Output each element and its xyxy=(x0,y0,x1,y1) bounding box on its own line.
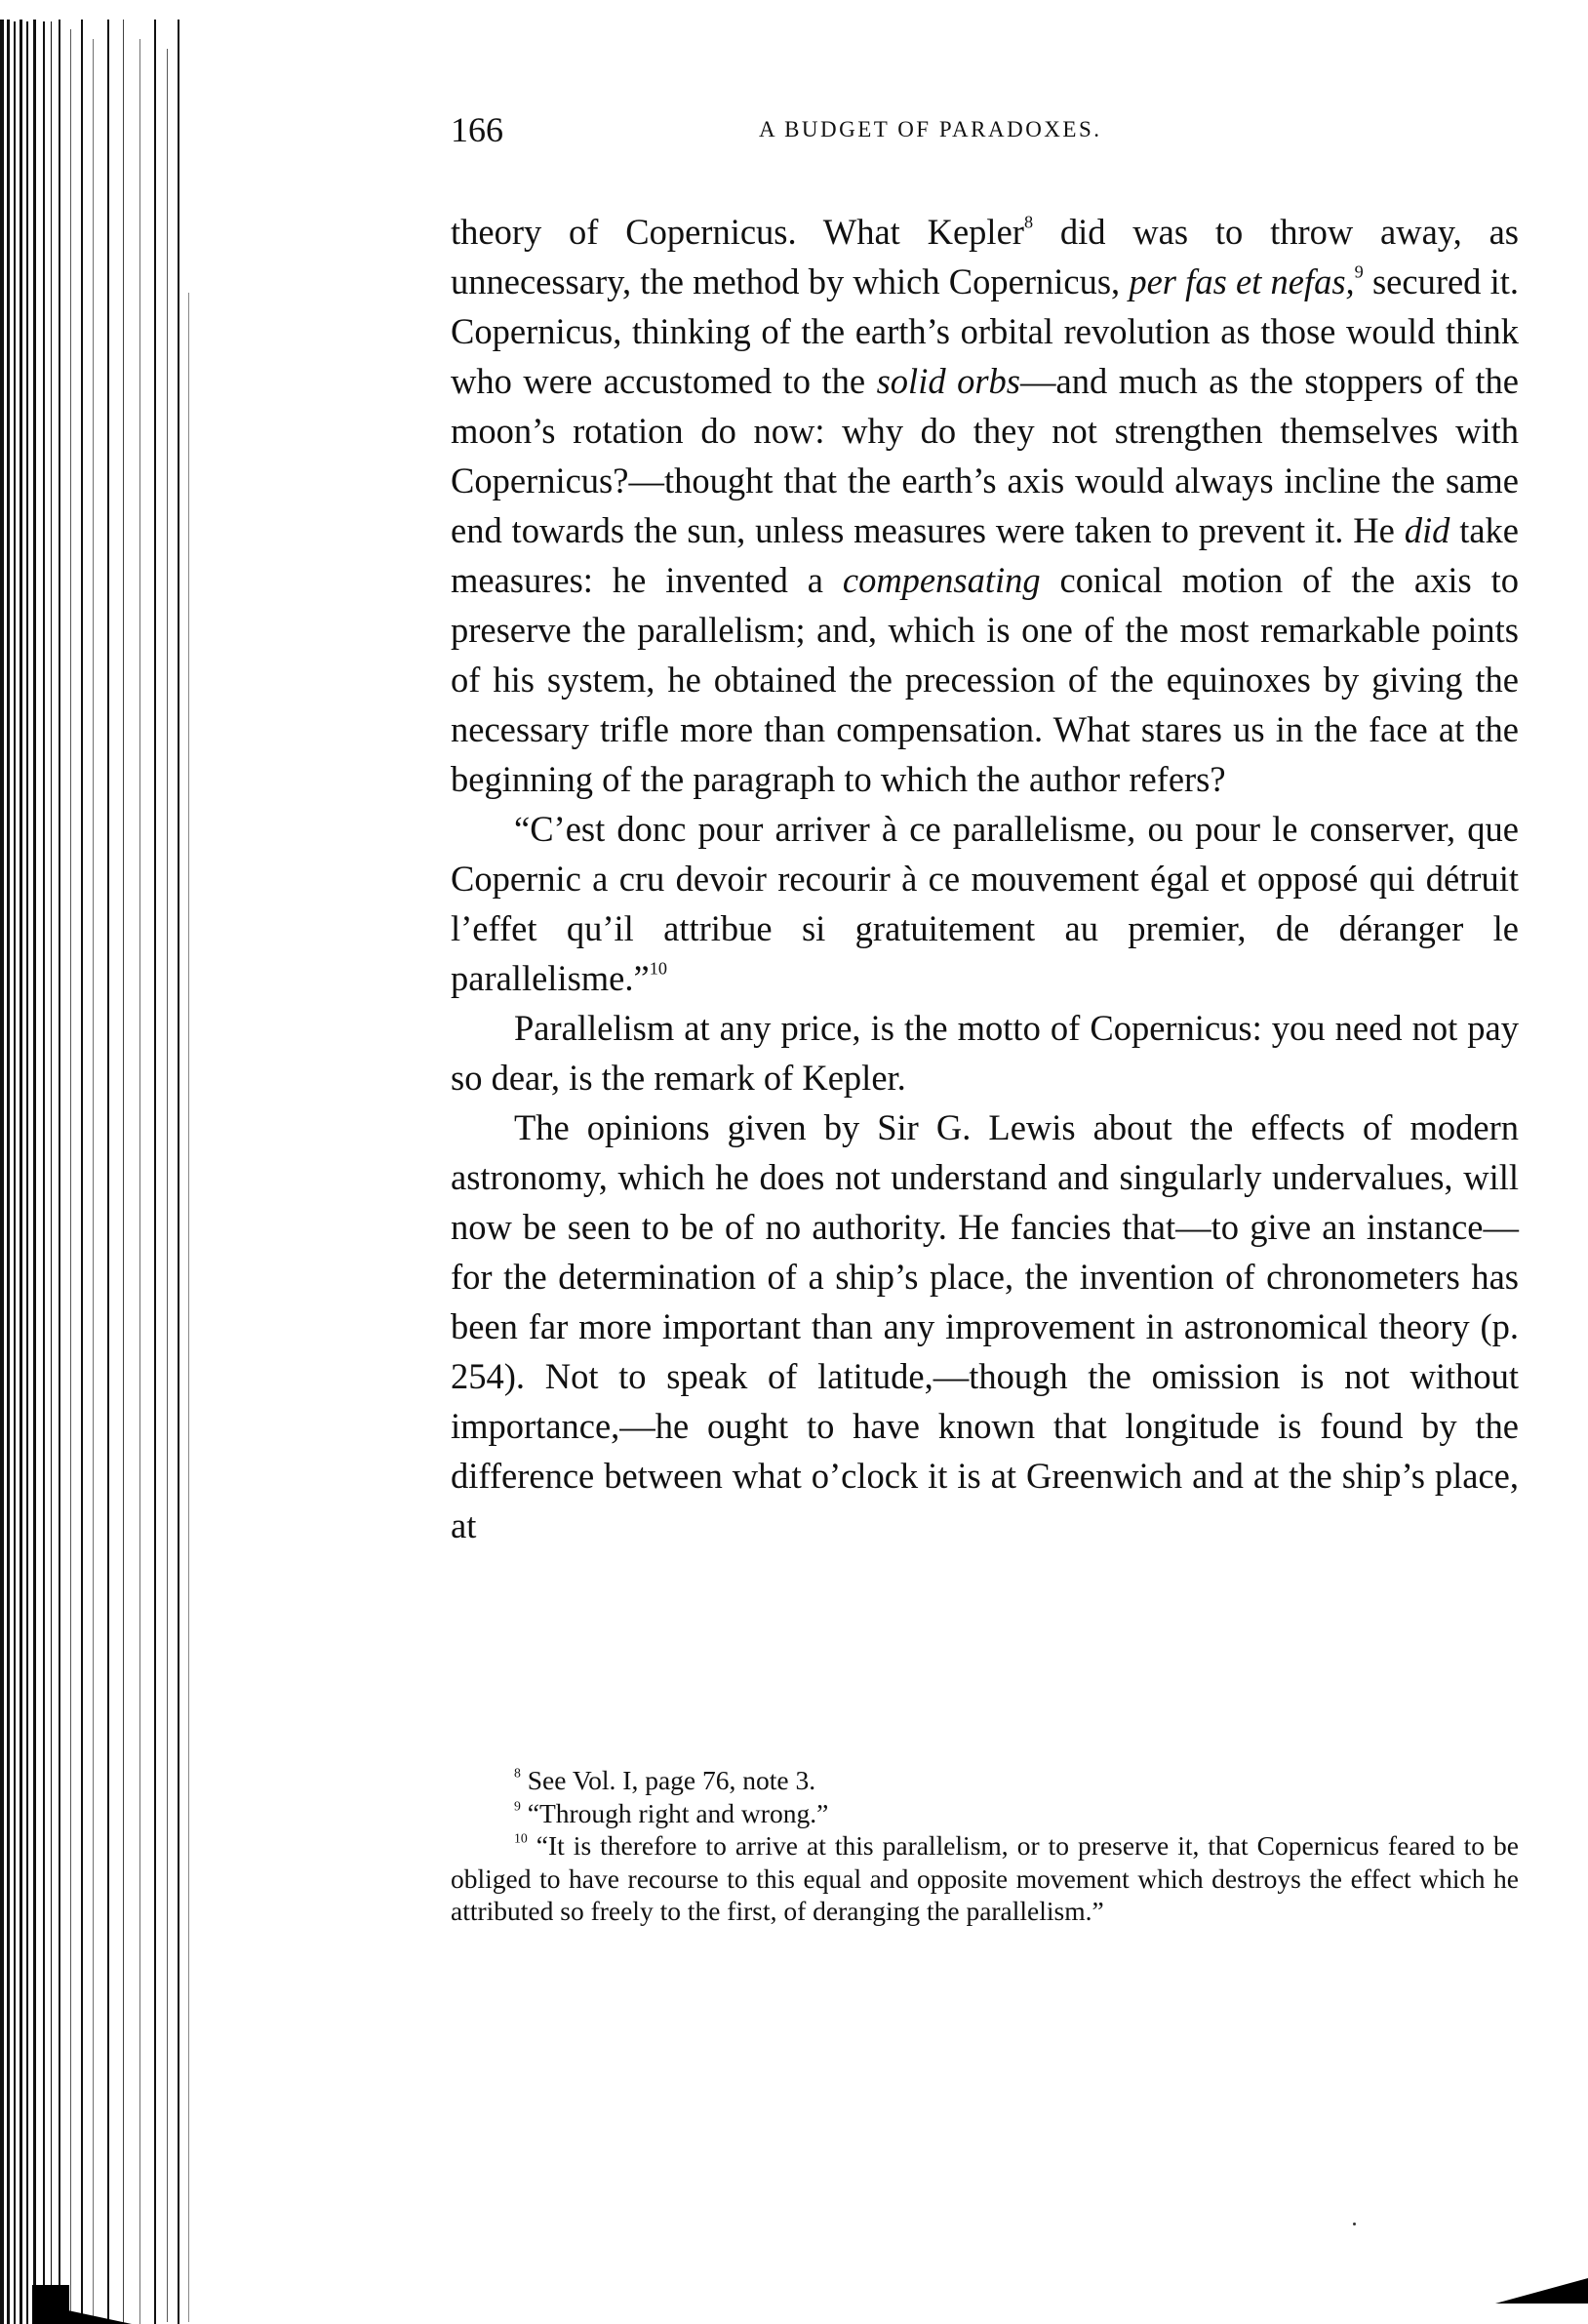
text-run: theory of Copernicus. What Kepler xyxy=(451,212,1024,252)
paragraph-3: Parallelism at any price, is the motto o… xyxy=(451,1003,1519,1102)
italic-phrase: compensating xyxy=(843,560,1041,600)
footnote-9: 9 “Through right and wrong.” xyxy=(451,1797,1519,1830)
footnote-ref-10[interactable]: 10 xyxy=(650,959,667,979)
page-curl-shadow xyxy=(1495,2278,1588,2304)
running-title: A BUDGET OF PARADOXES. xyxy=(759,117,1102,142)
scan-binding-gutter xyxy=(0,0,195,2324)
footnote-ref-8[interactable]: 8 xyxy=(1024,213,1033,232)
footnote-8: 8 See Vol. I, page 76, note 3. xyxy=(451,1764,1519,1797)
footnote-mark: 8 xyxy=(514,1766,521,1781)
italic-phrase: solid orbs xyxy=(877,361,1020,401)
text-run: “C’est donc pour arriver à ce parallelis… xyxy=(451,809,1519,998)
italic-phrase: per fas et nefas, xyxy=(1129,261,1354,301)
footnotes: 8 See Vol. I, page 76, note 3. 9 “Throug… xyxy=(451,1764,1519,1928)
paragraph-4: The opinions given by Sir G. Lewis about… xyxy=(451,1102,1519,1550)
footnote-text: “It is therefore to arrive at this paral… xyxy=(451,1830,1519,1926)
paragraph-1: theory of Copernicus. What Kepler8 did w… xyxy=(451,207,1519,804)
footnote-ref-9[interactable]: 9 xyxy=(1355,262,1364,282)
footnote-text: See Vol. I, page 76, note 3. xyxy=(521,1765,815,1795)
footnote-mark: 10 xyxy=(514,1831,528,1846)
body-text: theory of Copernicus. What Kepler8 did w… xyxy=(451,207,1519,1550)
running-head: 166 A BUDGET OF PARADOXES. xyxy=(451,109,1519,152)
page-number: 166 xyxy=(451,109,503,150)
paragraph-2-french-quote: “C’est donc pour arriver à ce parallelis… xyxy=(451,804,1519,1003)
footnote-mark: 9 xyxy=(514,1798,521,1813)
footnote-text: “Through right and wrong.” xyxy=(521,1798,828,1828)
scan-speck xyxy=(1353,2223,1356,2225)
footnote-10: 10 “It is therefore to arrive at this pa… xyxy=(451,1829,1519,1928)
italic-phrase: did xyxy=(1405,510,1450,550)
